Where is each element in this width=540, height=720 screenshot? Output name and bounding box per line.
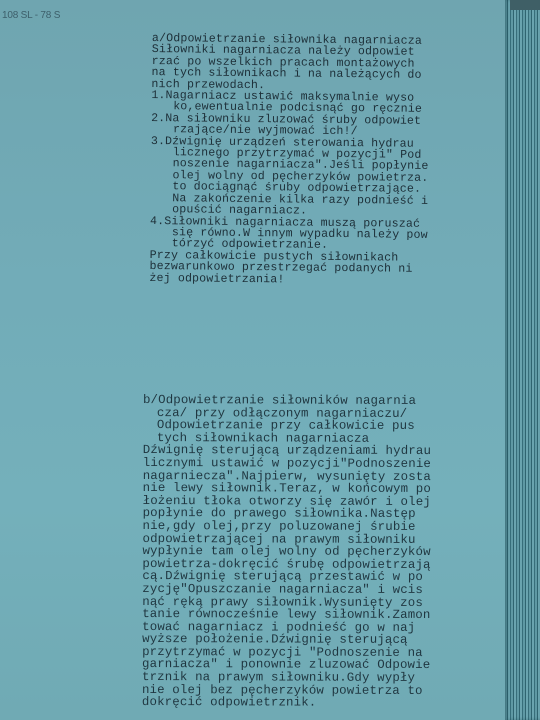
text-line: dokręcić odpowietrznik. bbox=[142, 696, 430, 710]
book-page-edges bbox=[505, 0, 540, 720]
section-b-text: b/Odpowietrzanie siłowników nagarniacza/… bbox=[142, 394, 431, 710]
page-header-code: 108 SL - 78 S bbox=[2, 10, 60, 21]
corner-shadow bbox=[510, 0, 540, 10]
section-a-text: a/Odpowietrzanie siłownika nagarniaczaSi… bbox=[149, 33, 429, 287]
document-page: 108 SL - 78 S a/Odpowietrzanie siłownika… bbox=[0, 0, 512, 720]
